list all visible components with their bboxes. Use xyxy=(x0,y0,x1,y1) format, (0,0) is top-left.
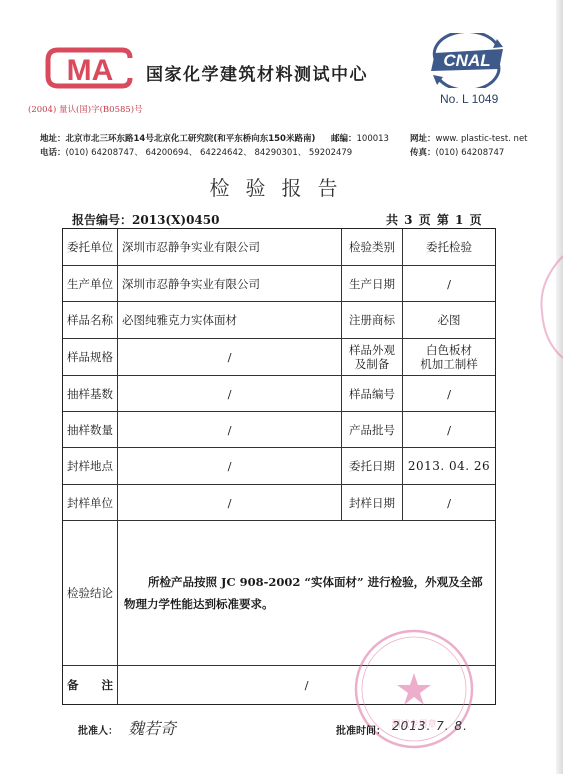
approver-label: 批准人： xyxy=(78,722,118,737)
table-row: 生产单位 深圳市忍静争实业有限公司 生产日期 / xyxy=(63,265,495,301)
table-row: 封样单位 / 封样日期 / xyxy=(63,484,495,520)
field-value-line: 机加工制样 xyxy=(420,357,478,371)
field-value: 必图 xyxy=(403,302,495,338)
phone-line: 电话：(010) 64208747、 64200694、 64224642、 8… xyxy=(40,146,352,158)
field-label: 生产日期 xyxy=(342,266,403,301)
field-label: 委托日期 xyxy=(342,448,403,484)
postcode-label: 邮编： xyxy=(331,134,357,144)
field-label-line: 样品外观 xyxy=(349,343,395,357)
field-label: 委托单位 xyxy=(63,229,118,265)
field-label: 样品规格 xyxy=(63,339,118,375)
field-value: / xyxy=(403,376,495,411)
organization-name: 国家化学建筑材料测试中心 xyxy=(146,60,368,85)
postcode-line: 邮编：100013 xyxy=(331,132,389,144)
page-edge xyxy=(556,0,563,774)
field-label: 封样单位 xyxy=(63,485,118,520)
website-value: www. plastic-test. net xyxy=(436,134,528,144)
table-row: 样品名称 必图纯雅克力实体面材 注册商标 必图 xyxy=(63,301,495,338)
address-label: 地址： xyxy=(40,134,66,144)
website-line: 网址：www. plastic-test. net xyxy=(410,132,528,144)
remarks-label: 备 注 xyxy=(63,666,118,704)
field-value: 委托检验 xyxy=(403,229,495,265)
field-value: 深圳市忍静争实业有限公司 xyxy=(118,266,342,301)
phone-label: 电话： xyxy=(40,148,66,158)
approval-time-label: 批准时间： xyxy=(336,722,386,737)
report-number-value: 2013(X)0450 xyxy=(132,213,219,227)
field-value: / xyxy=(118,448,342,484)
phone-value: (010) 64208747、 64200694、 64224642、 8429… xyxy=(66,148,353,158)
table-row: 封样地点 / 委托日期 2013. 04. 26 xyxy=(63,447,495,484)
table-row: 抽样基数 / 样品编号 / xyxy=(63,375,495,411)
conclusion-text: 所检产品按照 JC 908-2002 “实体面材” 进行检验，外观及全部物理力学… xyxy=(118,571,495,615)
svg-text:CNAL: CNAL xyxy=(443,51,490,70)
field-value: / xyxy=(118,412,342,447)
field-value: 白色板材 机加工制样 xyxy=(403,339,495,375)
fax-line: 传真：(010) 64208747 xyxy=(410,146,504,158)
field-label: 注册商标 xyxy=(342,302,403,338)
field-label: 生产单位 xyxy=(63,266,118,301)
field-value: 必图纯雅克力实体面材 xyxy=(118,302,342,338)
table-row: 委托单位 深圳市忍静争实业有限公司 检验类别 委托检验 xyxy=(63,229,495,265)
field-label: 抽样数量 xyxy=(63,412,118,447)
field-value: / xyxy=(118,376,342,411)
address-value: 北京市北三环东路14号北京化工研究院(和平东桥向东150米路南) xyxy=(66,134,316,144)
table-row: 抽样数量 / 产品批号 / xyxy=(63,411,495,447)
field-value: 2013. 04. 26 xyxy=(403,448,495,484)
field-label: 抽样基数 xyxy=(63,376,118,411)
field-label: 样品编号 xyxy=(342,376,403,411)
cma-logo-icon: MA xyxy=(44,44,134,92)
report-number-label: 报告编号： xyxy=(72,213,132,227)
fax-label: 传真： xyxy=(410,148,436,158)
postcode-value: 100013 xyxy=(357,134,389,144)
field-value: / xyxy=(403,266,495,301)
field-label: 检验类别 xyxy=(342,229,403,265)
address-line: 地址：北京市北三环东路14号北京化工研究院(和平东桥向东150米路南) xyxy=(40,132,315,144)
report-number: 报告编号：2013(X)0450 xyxy=(72,211,219,228)
field-value: / xyxy=(403,412,495,447)
field-label: 封样日期 xyxy=(342,485,403,520)
cnal-logo-icon: CNAL xyxy=(425,33,510,88)
field-label: 产品批号 xyxy=(342,412,403,447)
svg-text:MA: MA xyxy=(67,54,114,87)
field-value: / xyxy=(118,485,342,520)
approval-time-value: 2013. 7. 8. xyxy=(392,719,468,733)
document-title: 检验报告 xyxy=(0,172,563,201)
conclusion-label: 检验结论 xyxy=(63,521,118,665)
fax-value: (010) 64208747 xyxy=(436,148,505,158)
page-info: 共 3 页 第 1 页 xyxy=(386,211,483,228)
cnal-number: No. L 1049 xyxy=(440,92,498,106)
field-value: 深圳市忍静争实业有限公司 xyxy=(118,229,342,265)
field-label: 封样地点 xyxy=(63,448,118,484)
field-label-line: 及制备 xyxy=(355,357,390,371)
field-label: 样品外观 及制备 xyxy=(342,339,403,375)
field-label: 样品名称 xyxy=(63,302,118,338)
field-value: / xyxy=(118,339,342,375)
certification-number: (2004) 量认(国)字(B0585)号 xyxy=(28,103,143,115)
approver-signature: 魏若奇 xyxy=(128,716,176,739)
website-label: 网址： xyxy=(410,134,436,144)
field-value: / xyxy=(403,485,495,520)
table-row: 样品规格 / 样品外观 及制备 白色板材 机加工制样 xyxy=(63,338,495,375)
field-value-line: 白色板材 xyxy=(426,343,472,357)
partial-stamp-icon xyxy=(536,252,563,362)
